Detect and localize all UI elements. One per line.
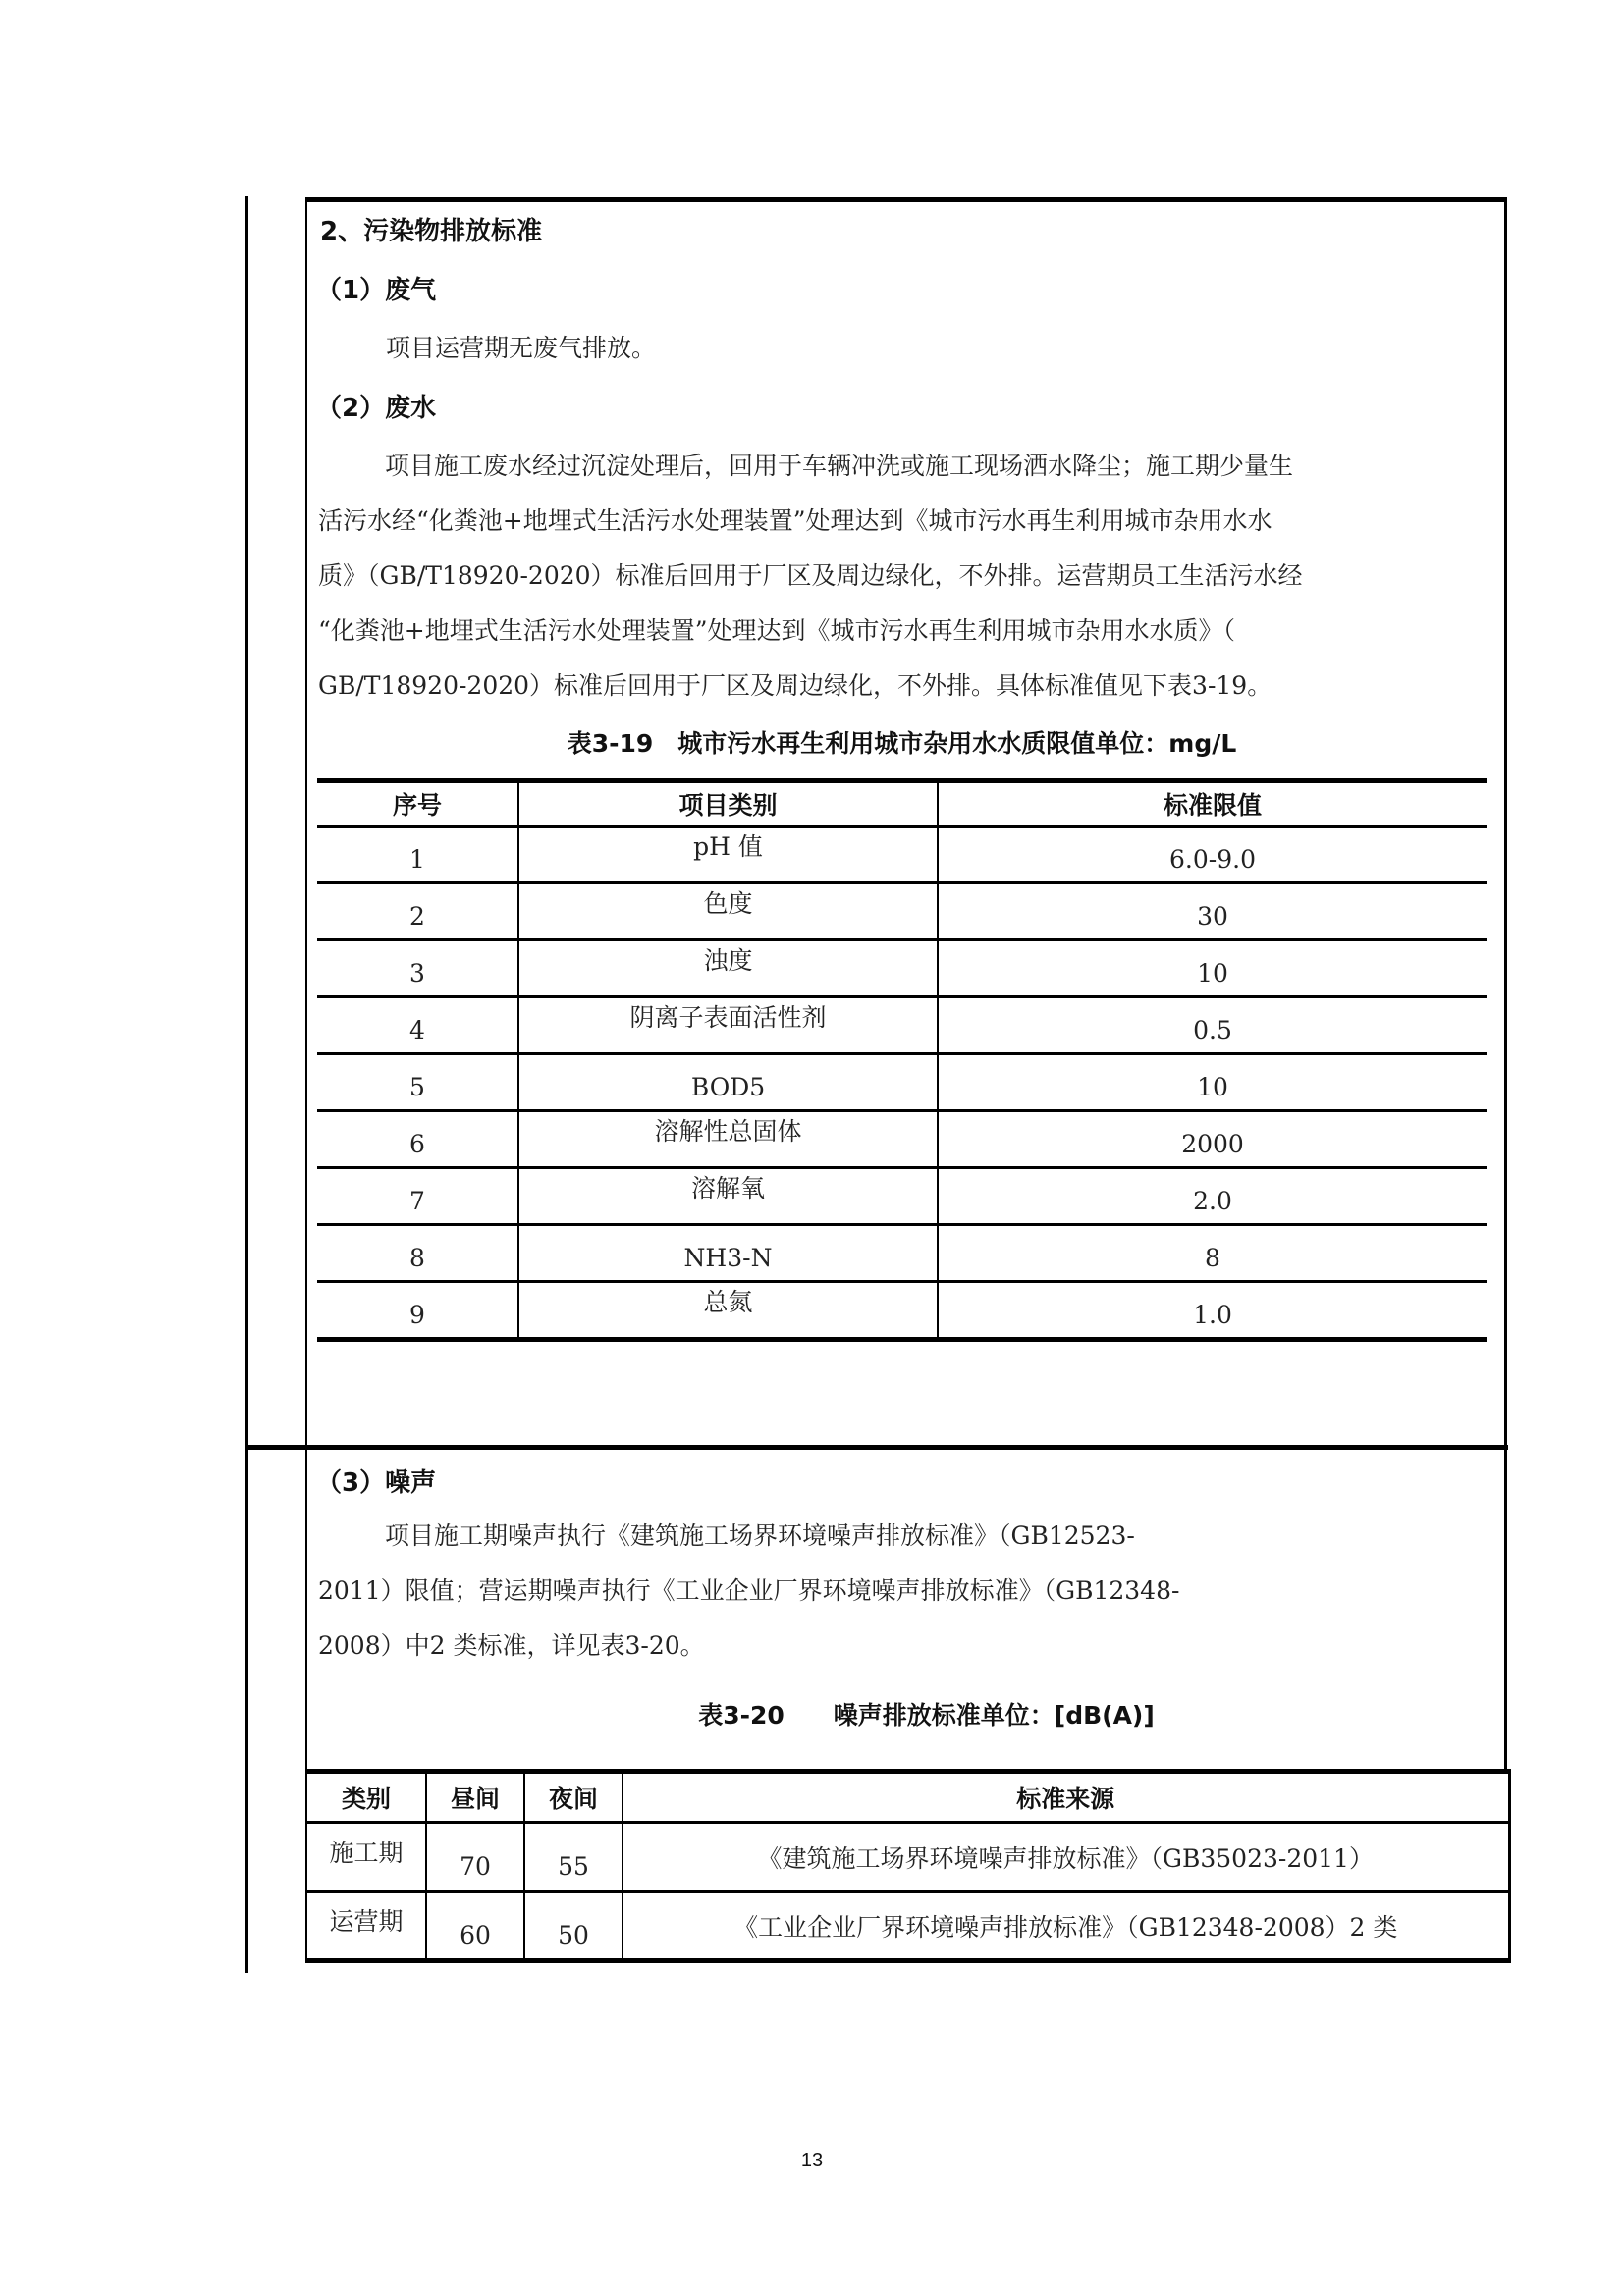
- paragraph-line: 2008）中2 类标准，详见表3-20。: [318, 1622, 1483, 1677]
- header-night: 夜间: [524, 1772, 623, 1823]
- row-day: 70: [460, 1852, 491, 1881]
- water-quality-limits-table: 序号 项目类别 标准限值 1 pH 值 6.0-9.0 2 色度 30 3 浊度…: [317, 778, 1487, 1342]
- noise-heading: （3）噪声: [316, 1463, 436, 1499]
- row-limit: 1.0: [1193, 1301, 1232, 1329]
- table-row: 4 阴离子表面活性剂 0.5: [317, 997, 1487, 1054]
- row-limit: 6.0-9.0: [1169, 845, 1256, 874]
- paragraph-line: 质》（GB/T18920-2020）标准后回用于厂区及周边绿化，不外排。运营期员…: [318, 552, 1483, 607]
- row-index: 6: [409, 1130, 425, 1158]
- row-source: 《工业企业厂界环境噪声排放标准》（GB12348-2008）2 类: [733, 1913, 1397, 1942]
- paragraph-line: 2011）限值；营运期噪声执行《工业企业厂界环境噪声排放标准》（GB12348-: [318, 1567, 1483, 1622]
- table-3-19-caption: 表3-19 城市污水再生利用城市杂用水水质限值单位：mg/L: [317, 724, 1487, 760]
- row-night: 50: [558, 1921, 589, 1949]
- row-index: 4: [409, 1016, 425, 1044]
- header-category: 类别: [306, 1772, 426, 1823]
- row-limit: 0.5: [1193, 1016, 1232, 1044]
- row-source: 《建筑施工场界环境噪声排放标准》（GB35023-2011）: [758, 1844, 1374, 1873]
- row-index: 7: [409, 1187, 425, 1215]
- section-title: 2、污染物排放标准: [320, 211, 542, 247]
- paragraph-line: 活污水经“化粪池+地埋式生活污水处理装置”处理达到《城市污水再生利用城市杂用水水: [318, 497, 1483, 552]
- row-index: 2: [409, 902, 425, 931]
- row-category: 施工期: [329, 1839, 403, 1867]
- row-index: 3: [409, 959, 425, 988]
- row-limit: 10: [1197, 959, 1228, 988]
- paragraph-line: “化粪池+地埋式生活污水处理装置”处理达到《城市污水再生利用城市杂用水水质》（: [318, 607, 1483, 662]
- table-row: 5 BOD5 10: [317, 1054, 1487, 1111]
- row-item: 总氮: [703, 1288, 752, 1316]
- header-index: 序号: [317, 781, 518, 827]
- row-index: 5: [409, 1073, 425, 1101]
- row-item: 阴离子表面活性剂: [629, 1003, 826, 1032]
- row-item: 色度: [703, 889, 752, 918]
- row-index: 8: [409, 1244, 425, 1272]
- table-row: 8 NH3-N 8: [317, 1225, 1487, 1282]
- page-number: 13: [0, 2150, 1624, 2172]
- row-item: 浊度: [703, 946, 752, 975]
- table-row: 2 色度 30: [317, 883, 1487, 940]
- row-limit: 2.0: [1193, 1187, 1232, 1215]
- row-day: 60: [460, 1921, 491, 1949]
- table-row: 1 pH 值 6.0-9.0: [317, 827, 1487, 883]
- waste-gas-heading: （1）废气: [316, 270, 436, 306]
- row-item: BOD5: [691, 1073, 765, 1101]
- row-limit: 8: [1205, 1244, 1220, 1272]
- table-row: 9 总氮 1.0: [317, 1282, 1487, 1340]
- table-header-row: 序号 项目类别 标准限值: [317, 781, 1487, 827]
- paragraph-line: 项目施工期噪声执行《建筑施工场界环境噪声排放标准》（GB12523-: [318, 1512, 1483, 1567]
- table-3-20-caption: 表3-20 噪声排放标准单位：[dB(A)]: [305, 1696, 1508, 1732]
- row-item: 溶解氧: [691, 1174, 765, 1202]
- row-limit: 10: [1197, 1073, 1228, 1101]
- table-row: 7 溶解氧 2.0: [317, 1168, 1487, 1225]
- row-category: 运营期: [329, 1907, 403, 1936]
- row-limit: 30: [1197, 902, 1228, 931]
- row-index: 9: [409, 1301, 425, 1329]
- row-item: pH 值: [693, 832, 763, 861]
- waste-water-heading: （2）废水: [316, 388, 436, 424]
- noise-standards-table: 类别 昼间 夜间 标准来源 施工期 70 55 《建筑施工场界环境噪声排放标准》…: [305, 1769, 1511, 1963]
- header-source: 标准来源: [623, 1772, 1509, 1823]
- table-row: 6 溶解性总固体 2000: [317, 1111, 1487, 1168]
- header-day: 昼间: [426, 1772, 524, 1823]
- row-limit: 2000: [1181, 1130, 1244, 1158]
- table-row: 运营期 60 50 《工业企业厂界环境噪声排放标准》（GB12348-2008）…: [306, 1892, 1509, 1961]
- waste-gas-text: 项目运营期无废气排放。: [386, 324, 656, 373]
- row-index: 1: [409, 845, 425, 874]
- paragraph-line: GB/T18920-2020）标准后回用于厂区及周边绿化，不外排。具体标准值见下…: [318, 662, 1483, 717]
- row-night: 55: [558, 1852, 589, 1881]
- table-row: 3 浊度 10: [317, 940, 1487, 997]
- paragraph-line: 项目施工废水经过沉淀处理后，回用于车辆冲洗或施工现场洒水降尘；施工期少量生: [318, 442, 1483, 497]
- left-margin-rule: [245, 196, 248, 1973]
- header-item: 项目类别: [518, 781, 938, 827]
- waste-water-paragraph: 项目施工废水经过沉淀处理后，回用于车辆冲洗或施工现场洒水降尘；施工期少量生 活污…: [318, 442, 1483, 717]
- row-item: NH3-N: [684, 1244, 773, 1272]
- table-row: 施工期 70 55 《建筑施工场界环境噪声排放标准》（GB35023-2011）: [306, 1823, 1509, 1892]
- header-limit: 标准限值: [938, 781, 1487, 827]
- row-item: 溶解性总固体: [654, 1117, 801, 1146]
- noise-paragraph: 项目施工期噪声执行《建筑施工场界环境噪声排放标准》（GB12523- 2011）…: [318, 1512, 1483, 1677]
- table-header-row: 类别 昼间 夜间 标准来源: [306, 1772, 1509, 1823]
